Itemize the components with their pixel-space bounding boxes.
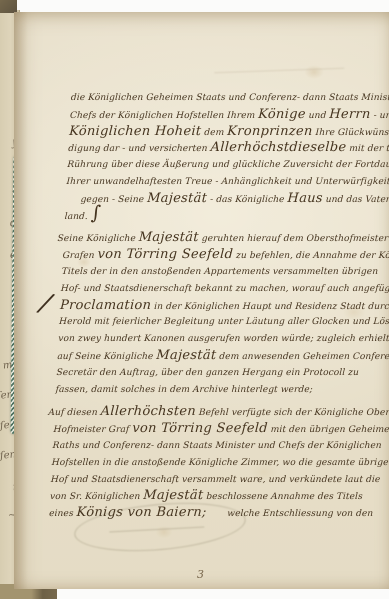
manuscript-line: Hofmeister Graf von Törring Seefeld mit … [53, 421, 386, 438]
emphasized-word: Majestät [156, 348, 217, 363]
text-segment: Ihre Glückwünsche und Hul- [312, 128, 389, 138]
emphasized-word: Majestät [143, 488, 204, 503]
emphasized-word: Haus [287, 191, 323, 206]
emphasized-word: Königlichen Hoheit [69, 124, 202, 139]
page-number: 3 [197, 568, 204, 581]
text-segment: Ihrer unwandelhaftesten Treue - Anhängli… [66, 177, 389, 187]
manuscript-line: Grafen von Törring Seefeld zu befehlen, … [62, 247, 389, 264]
text-segment: in der Königlichen Haupt und Residenz St… [151, 302, 389, 312]
emphasized-word: Allerhöchstdieselbe [210, 140, 347, 155]
text-segment: Seine Königliche [57, 234, 139, 244]
manuscript-line: Titels der in den anstoßenden Appartemen… [61, 264, 389, 281]
text-segment: Auf diesen [48, 408, 101, 418]
manuscript-line: von zwey hundert Kanonen ausgerufen word… [58, 331, 389, 348]
manuscript-line: land. ∫ [64, 208, 389, 225]
manuscript-line: Secretär den Auftrag, über den ganzen He… [56, 365, 389, 382]
text-segment: mit den übrigen Geheimen [268, 425, 389, 435]
manuscript-line: Königlichen Hoheit dem Kronprinzen Ihre … [69, 124, 389, 141]
manuscript-line: eines Königs von Baiern; welche Entschli… [49, 505, 382, 522]
text-segment: von Sr. Königlichen [50, 492, 144, 502]
manuscript-line: gegen - Seine Majestät - das Königliche … [80, 191, 389, 208]
text-segment: Befehl verfügte sich der Königliche Ober… [196, 408, 389, 418]
text-segment: von zwey hundert Kanonen ausgerufen word… [58, 334, 389, 344]
text-segment: Herold mit feierlicher Begleitung unter … [59, 317, 389, 327]
text-segment: die Königlichen Geheimen Staats und Conf… [71, 93, 389, 103]
text-segment: Raths und Conferenz- dann Staats Ministe… [52, 441, 382, 451]
emphasized-word: Könige [258, 107, 306, 122]
paragraph: die Königlichen Geheimen Staats und Conf… [64, 90, 389, 224]
text-segment: Chefs der Königlichen Hofstellen Ihrem [70, 111, 259, 121]
show-through-mark [214, 50, 345, 74]
text-segment: - das Königliche [207, 195, 288, 205]
text-segment: - und Seiner [370, 111, 389, 121]
text-segment: dem anwesenden Geheimen Conferenz [216, 352, 389, 362]
manuscript-line: Ihrer unwandelhaftesten Treue - Anhängli… [66, 174, 389, 191]
emphasized-word: von Törring Seefeld [97, 247, 233, 262]
text-segment: Grafen [62, 251, 97, 261]
emphasized-word: Majestät [138, 230, 199, 245]
text-segment: fassen, damit solches in dem Archive hin… [55, 385, 313, 395]
manuscript-line: von Sr. Königlichen Majestät beschlossen… [50, 488, 383, 505]
text-segment: dem [201, 128, 227, 138]
manuscript-line: auf Seine Königliche Majestät dem anwese… [57, 348, 389, 365]
emphasized-word: von Törring Seefeld [132, 421, 268, 436]
manuscript-line: Seine Königliche Majestät geruhten hiera… [57, 230, 389, 247]
emphasized-word: Majestät [147, 191, 208, 206]
flourish-mark: ∫ [90, 202, 101, 224]
marginal-mark: / [37, 287, 54, 319]
text-segment: Hof- und Staatsdienerschaft bekannt zu m… [61, 284, 389, 294]
manuscript-line: Herold mit feierlicher Begleitung unter … [59, 314, 389, 331]
emphasized-word: Herrn [329, 107, 371, 122]
manuscript-line: Hofstellen in die anstoßende Königliche … [51, 455, 384, 472]
text-segment: land. [64, 212, 91, 222]
scanned-manuscript-page: ʃ)déʃlm.ſen.ſenſeni~ / die Königlichen G… [0, 0, 389, 599]
text-segment: und das Vater- [323, 195, 389, 205]
manuscript-line: Hof- und Staatsdienerschaft bekannt zu m… [60, 281, 389, 298]
text-segment: digung dar - und versicherten [68, 144, 211, 154]
manuscript-line: Hof und Staatsdienerschaft versammelt wa… [50, 472, 383, 489]
manuscript-line: Chefs der Königlichen Hofstellen Ihrem K… [70, 107, 389, 124]
manuscript-line: digung dar - und versicherten Allerhöchs… [68, 140, 389, 157]
text-segment: auf Seine Königliche [57, 352, 156, 362]
text-segment: mit der tiefsten [346, 144, 389, 154]
emphasized-word: Proclamation [60, 298, 152, 313]
text-segment: und [305, 111, 329, 121]
text-segment: eines [49, 509, 77, 519]
manuscript-line: die Königlichen Geheimen Staats und Conf… [70, 90, 389, 107]
text-segment: Hofstellen in die anstoßende Königliche … [52, 458, 389, 468]
manuscript-line: Proclamation in der Königlichen Haupt un… [60, 298, 389, 315]
text-segment: Hofmeister Graf [53, 425, 132, 435]
text-segment: Rührung über diese Äußerung und glücklic… [67, 160, 389, 170]
paragraph: Seine Königliche Majestät geruhten hiera… [55, 230, 389, 398]
emphasized-word: Königs von Baiern; [76, 505, 207, 520]
text-segment: beschlossene Annahme des Titels [203, 492, 363, 502]
manuscript-paper: / die Königlichen Geheimen Staats und Co… [14, 12, 389, 589]
manuscript-line: Auf diesen Allerhöchsten Befehl verfügte… [48, 404, 387, 421]
paragraph: Auf diesen Allerhöchsten Befehl verfügte… [49, 404, 387, 522]
manuscript-line: Raths und Conferenz- dann Staats Ministe… [52, 438, 385, 455]
emphasized-word: Kronprinzen [227, 124, 313, 139]
text-segment: Titels der in den anstoßenden Appartemen… [62, 267, 379, 277]
manuscript-text: die Königlichen Geheimen Staats und Conf… [49, 90, 389, 522]
manuscript-line: Rührung über diese Äußerung und glücklic… [67, 157, 389, 174]
manuscript-line: fassen, damit solches in dem Archive hin… [55, 382, 388, 399]
text-segment: Secretär den Auftrag, über den ganzen He… [56, 368, 359, 378]
text-segment: Hof und Staatsdienerschaft versammelt wa… [51, 475, 381, 485]
text-segment: welche Entschliessung von den [206, 509, 373, 519]
emphasized-word: Allerhöchsten [100, 404, 196, 419]
text-segment: zu befehlen, die Annahme der Königlichen [233, 251, 389, 261]
text-segment: geruhten hierauf dem Obersthofmeister [198, 234, 388, 244]
